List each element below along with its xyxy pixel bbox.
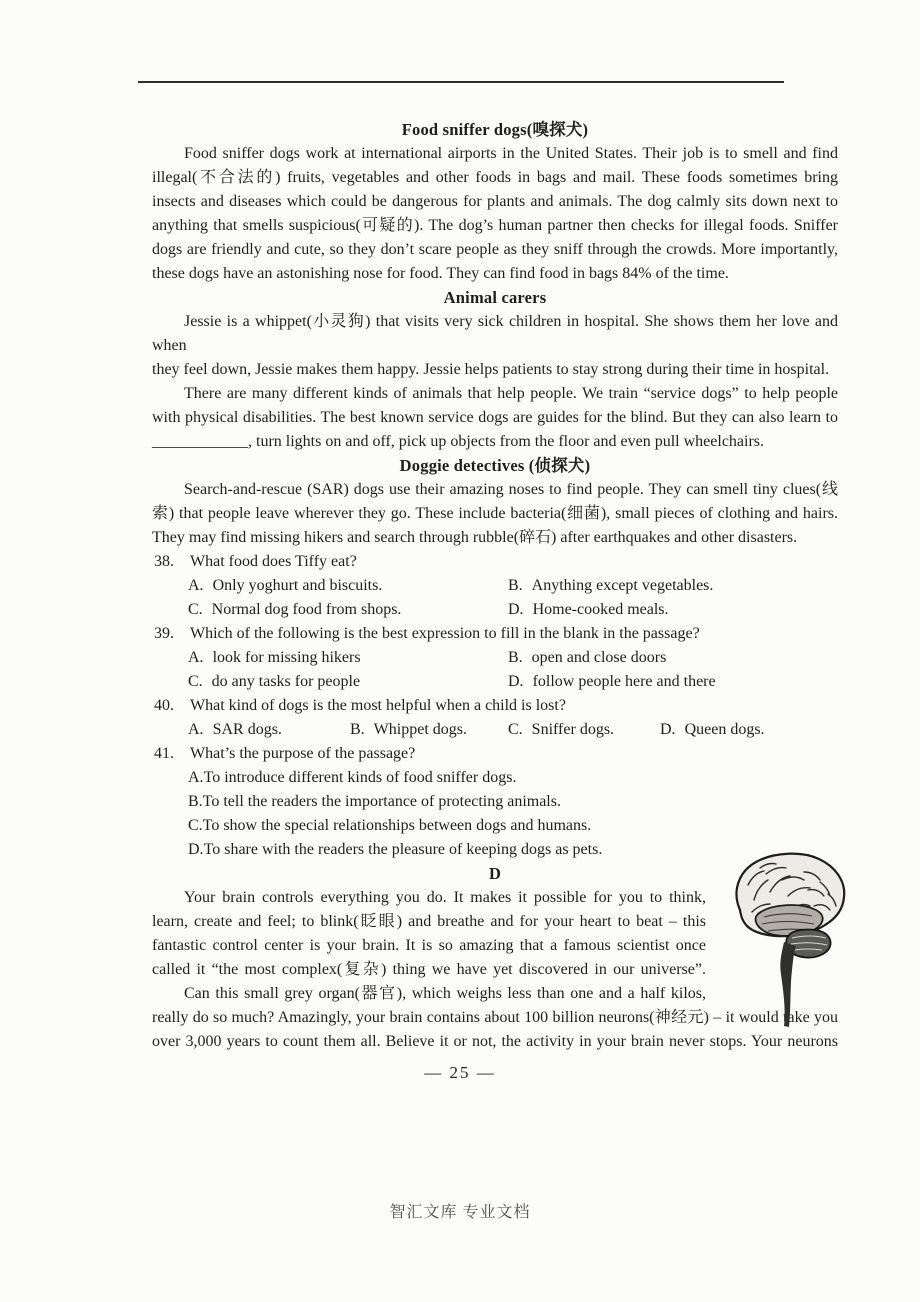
- text-line-with-blank: ____________, turn lights on and off, pi…: [152, 430, 838, 454]
- brain-illustration: [724, 850, 856, 1040]
- option-label: A.: [188, 574, 204, 598]
- option-label: A.: [188, 646, 204, 670]
- option-label: D.: [188, 838, 204, 862]
- question-38: 38. What food does Tiffy eat?: [152, 550, 838, 574]
- question-39-options-row-1: A. look for missing hikers B. open and c…: [152, 646, 838, 670]
- text-line: learn, create and feel; to blink(眨眼) and…: [152, 910, 706, 934]
- passage-subtitle-doggie-detectives: Doggie detectives (侦探犬): [152, 454, 838, 478]
- option-label: B.: [508, 646, 523, 670]
- question-number: 39.: [152, 622, 190, 646]
- option-text: Sniffer dogs.: [532, 718, 614, 742]
- text-line: fantastic control center is your brain. …: [152, 934, 706, 958]
- question-39-options-row-2: C. do any tasks for people D. follow peo…: [152, 670, 838, 694]
- option-text: Anything except vegetables.: [532, 574, 714, 598]
- option-text: look for missing hikers: [213, 646, 361, 670]
- option-label: D.: [660, 718, 676, 742]
- option-label: B.: [188, 790, 203, 814]
- option-text: SAR dogs.: [213, 718, 282, 742]
- question-number: 40.: [152, 694, 190, 718]
- question-38-options-row-2: C. Normal dog food from shops. D. Home-c…: [152, 598, 838, 622]
- header-rule: [138, 81, 784, 83]
- option-40-c: C. Sniffer dogs.: [508, 718, 660, 742]
- option-38-b: B. Anything except vegetables.: [508, 574, 713, 598]
- option-label: D.: [508, 670, 524, 694]
- text-line: Can this small grey organ(器官), which wei…: [152, 982, 706, 1006]
- option-text: do any tasks for people: [212, 670, 360, 694]
- question-text: Which of the following is the best expre…: [190, 622, 838, 646]
- option-39-a: A. look for missing hikers: [188, 646, 508, 670]
- text-line: with physical disabilities. The best kno…: [152, 406, 838, 430]
- option-text: To introduce different kinds of food sni…: [204, 766, 517, 790]
- question-40: 40. What kind of dogs is the most helpfu…: [152, 694, 838, 718]
- text-line: Food sniffer dogs work at international …: [152, 142, 838, 166]
- option-38-a: A. Only yoghurt and biscuits.: [188, 574, 508, 598]
- question-40-options-row: A. SAR dogs. B. Whippet dogs. C. Sniffer…: [152, 718, 838, 742]
- option-40-b: B. Whippet dogs.: [350, 718, 508, 742]
- passage-subtitle-animal-carers: Animal carers: [152, 286, 838, 310]
- option-38-d: D. Home-cooked meals.: [508, 598, 669, 622]
- option-39-d: D. follow people here and there: [508, 670, 716, 694]
- option-label: B.: [350, 718, 365, 742]
- text-line: called it “the most complex(复杂) thing we…: [152, 958, 706, 982]
- option-text: To share with the readers the pleasure o…: [204, 838, 603, 862]
- option-41-a: A. To introduce different kinds of food …: [152, 766, 838, 790]
- text-line: 索) that people leave wherever they go. T…: [152, 502, 838, 526]
- question-39: 39. Which of the following is the best e…: [152, 622, 838, 646]
- option-text: Whippet dogs.: [374, 718, 467, 742]
- watermark-text: 智汇文库 专业文档: [0, 1199, 920, 1222]
- question-text: What’s the purpose of the passage?: [190, 742, 838, 766]
- page-number: — 25 —: [0, 1063, 920, 1083]
- option-label: C.: [188, 670, 203, 694]
- text-line: dogs are friendly and cute, so they don’…: [152, 238, 838, 262]
- option-text: Normal dog food from shops.: [212, 598, 402, 622]
- question-number: 38.: [152, 550, 190, 574]
- option-text: open and close doors: [532, 646, 667, 670]
- option-39-b: B. open and close doors: [508, 646, 666, 670]
- option-38-c: C. Normal dog food from shops.: [188, 598, 508, 622]
- option-label: D.: [508, 598, 524, 622]
- question-38-options-row-1: A. Only yoghurt and biscuits. B. Anythin…: [152, 574, 838, 598]
- option-40-a: A. SAR dogs.: [188, 718, 350, 742]
- option-40-d: D. Queen dogs.: [660, 718, 765, 742]
- text-line: they feel down, Jessie makes them happy.…: [152, 358, 838, 382]
- option-39-c: C. do any tasks for people: [188, 670, 508, 694]
- option-text: follow people here and there: [533, 670, 716, 694]
- text-line: Jessie is a whippet(小灵狗) that visits ver…: [152, 310, 838, 358]
- option-label: C.: [508, 718, 523, 742]
- option-text: To show the special relationships betwee…: [203, 814, 592, 838]
- option-text: Only yoghurt and biscuits.: [213, 574, 383, 598]
- option-text: To tell the readers the importance of pr…: [203, 790, 561, 814]
- option-label: A.: [188, 718, 204, 742]
- text-line: illegal(不合法的) fruits, vegetables and oth…: [152, 166, 838, 190]
- question-text: What food does Tiffy eat?: [190, 550, 838, 574]
- option-label: C.: [188, 814, 203, 838]
- option-41-c: C. To show the special relationships bet…: [152, 814, 838, 838]
- option-text: Queen dogs.: [685, 718, 765, 742]
- option-label: B.: [508, 574, 523, 598]
- text-line: insects and diseases which could be dang…: [152, 190, 838, 214]
- option-label: A.: [188, 766, 204, 790]
- question-41: 41. What’s the purpose of the passage?: [152, 742, 838, 766]
- passage-subtitle-food-sniffer-dogs: Food sniffer dogs(嗅探犬): [152, 118, 838, 142]
- text-line: They may find missing hikers and search …: [152, 526, 838, 550]
- text-line: anything that smells suspicious(可疑的). Th…: [152, 214, 838, 238]
- text-line: these dogs have an astonishing nose for …: [152, 262, 838, 286]
- question-text: What kind of dogs is the most helpful wh…: [190, 694, 838, 718]
- text-line: Search-and-rescue (SAR) dogs use their a…: [152, 478, 838, 502]
- text-line: There are many different kinds of animal…: [152, 382, 838, 406]
- question-number: 41.: [152, 742, 190, 766]
- option-41-b: B. To tell the readers the importance of…: [152, 790, 838, 814]
- option-label: C.: [188, 598, 203, 622]
- scanned-exam-page: Food sniffer dogs(嗅探犬) Food sniffer dogs…: [0, 0, 920, 1302]
- text-line: Your brain controls everything you do. I…: [152, 886, 706, 910]
- option-text: Home-cooked meals.: [533, 598, 669, 622]
